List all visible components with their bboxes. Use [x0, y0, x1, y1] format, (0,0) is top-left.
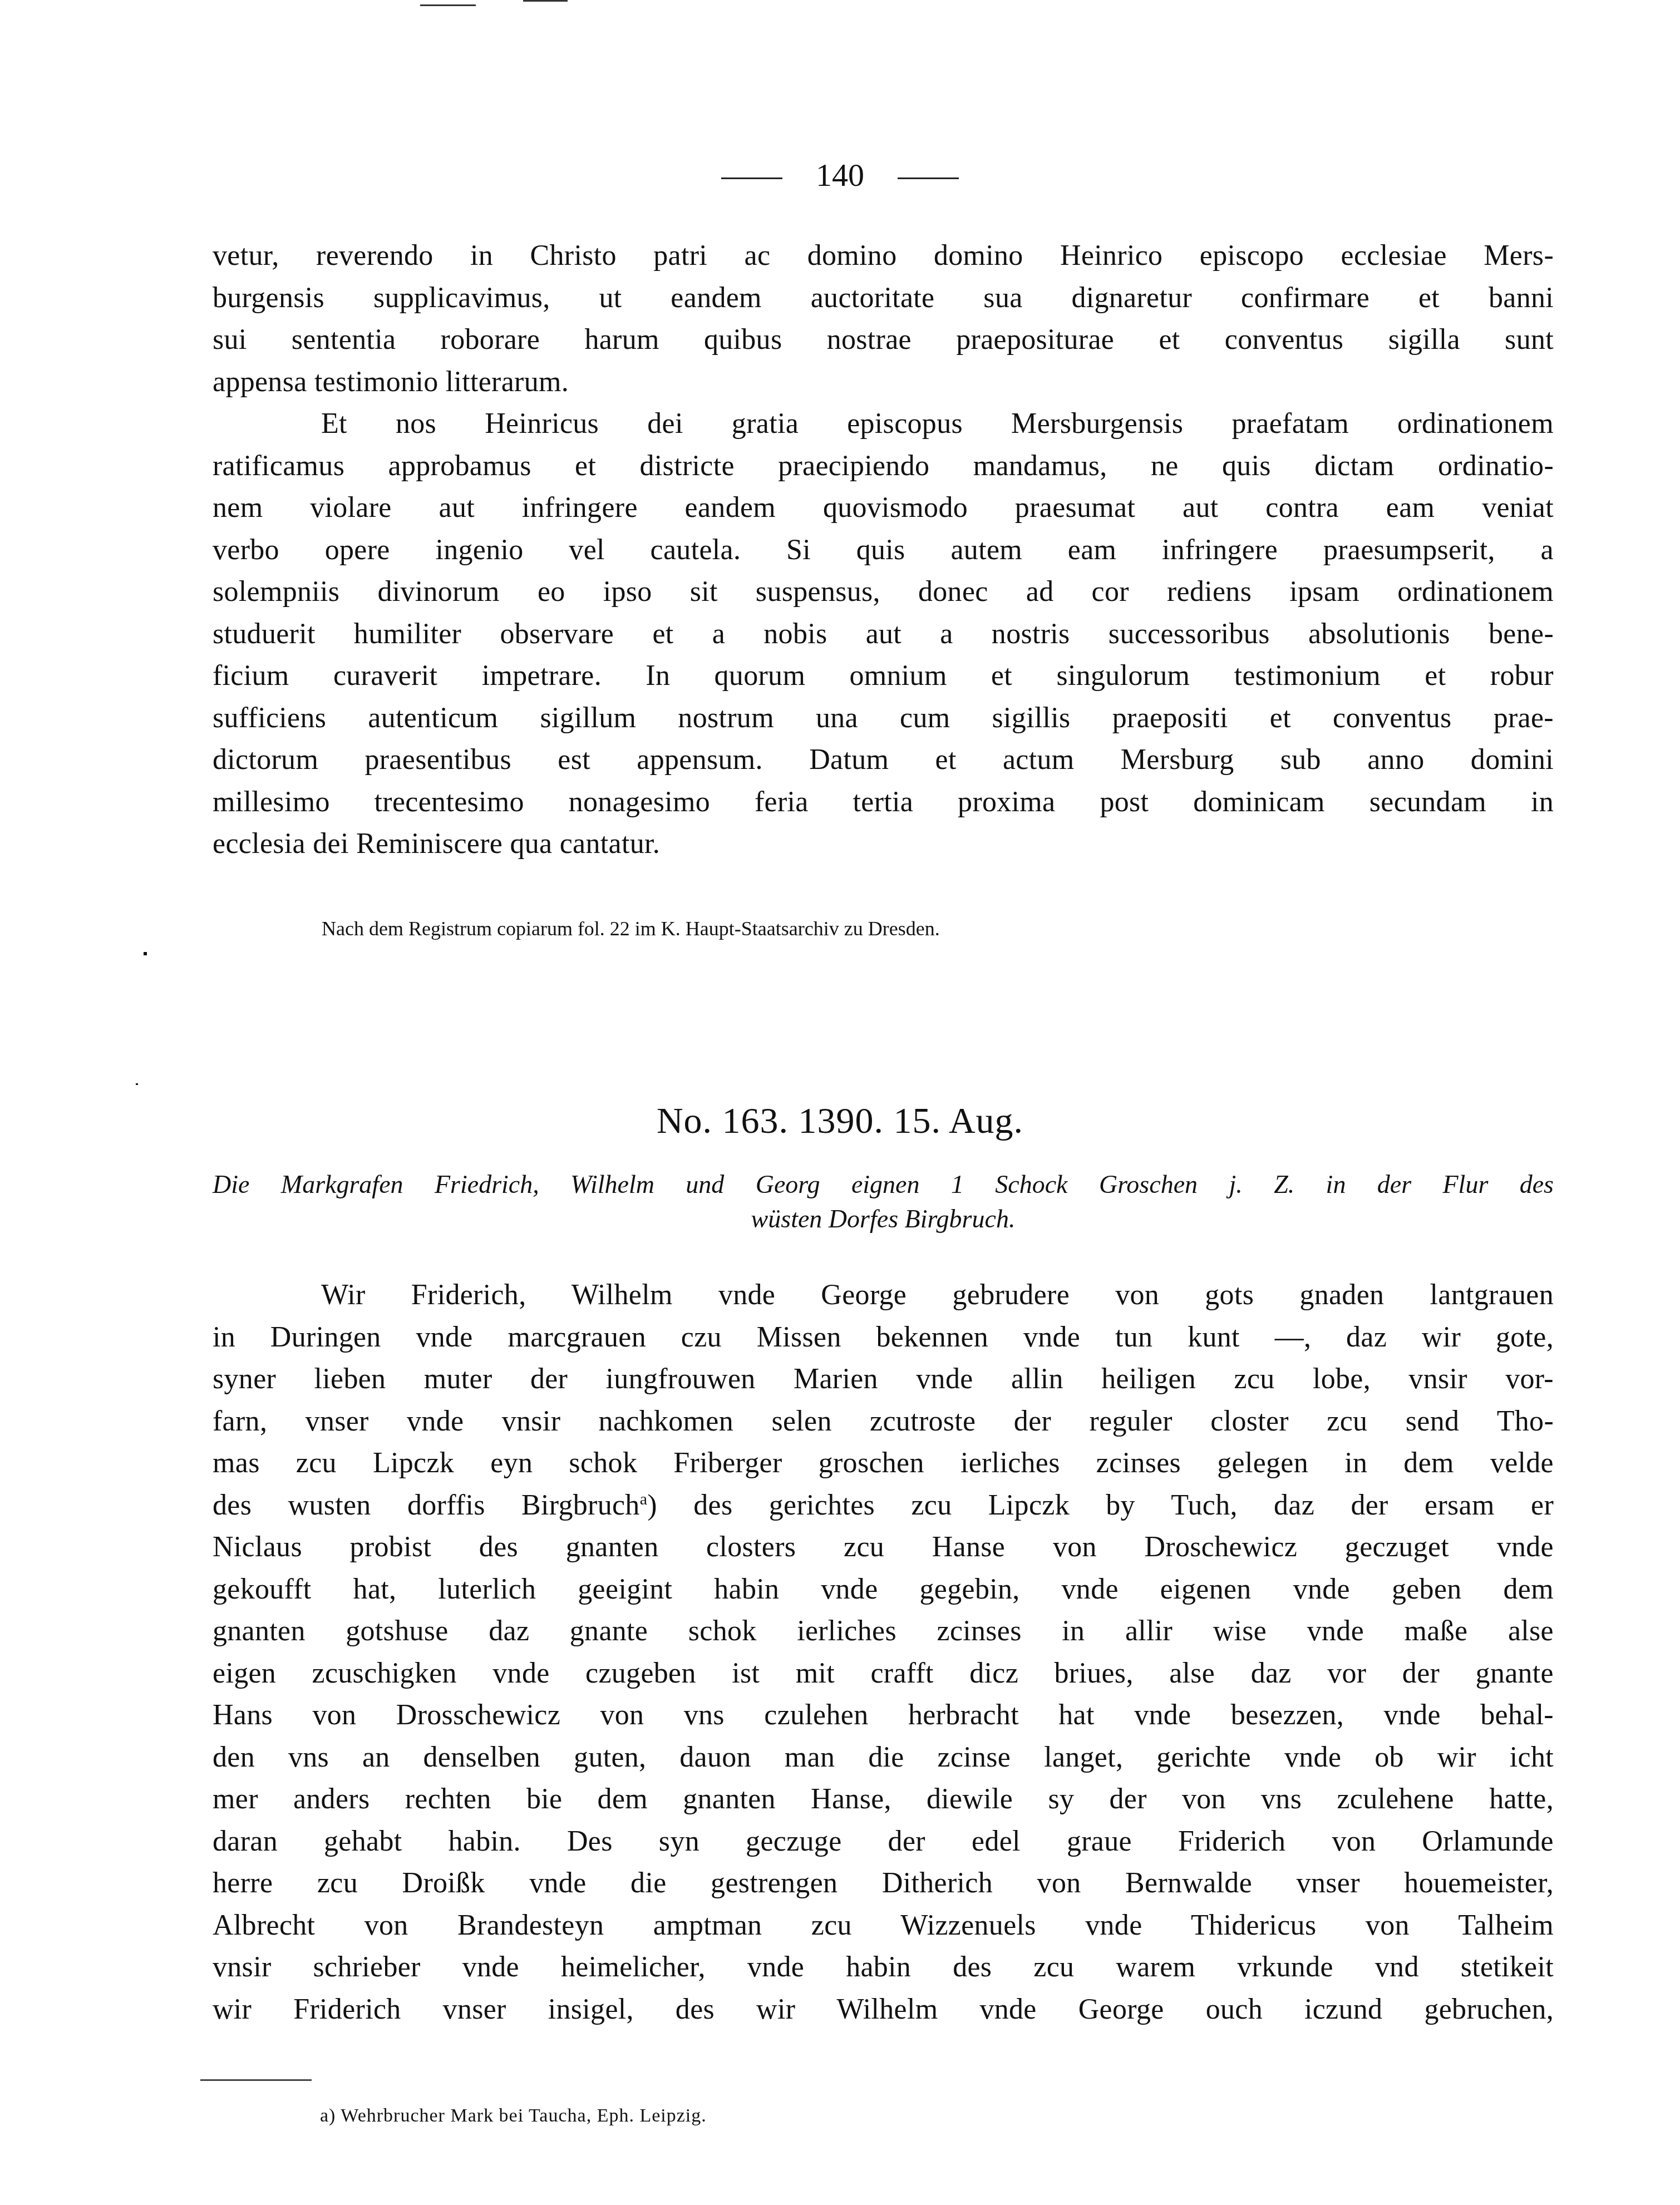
source-note: Nach dem Registrum copiarum fol. 22 im K…: [322, 916, 940, 941]
text-line: mas zcu Lipczk eyn schok Friberger grosc…: [213, 1442, 1554, 1484]
text-line: den vns an denselben guten, dauon man di…: [213, 1737, 1554, 1779]
footnote-a: a) Wehrbrucher Mark bei Taucha, Eph. Lei…: [320, 2105, 707, 2127]
text-line: daran gehabt habin. Des syn geczuge der …: [213, 1821, 1554, 1863]
text-line: Niclaus probist des gnanten closters zcu…: [213, 1526, 1554, 1568]
text-line: studuerit humiliter observare et a nobis…: [213, 613, 1554, 655]
text-line: millesimo trecentesimo nonagesimo feria …: [213, 781, 1554, 823]
text-line: ficium curaverit impetrare. In quorum om…: [213, 655, 1554, 697]
text-line-with-footnote: des wusten dorffis Birgbrucha) des geric…: [213, 1484, 1554, 1527]
continuation-paragraph: vetur, reverendo in Christo patri ac dom…: [213, 235, 1554, 403]
page-header: 140: [0, 156, 1680, 195]
footnote-divider: [200, 2079, 312, 2081]
text-line: Hans von Drosschewicz von vns czulehen h…: [213, 1694, 1554, 1737]
text-line: sufficiens autenticum sigillum nostrum u…: [213, 697, 1554, 739]
document-body: Wir Friderich, Wilhelm vnde George gebru…: [213, 1274, 1554, 2030]
text-line: herre zcu Droißk vnde die gestrengen Dit…: [213, 1862, 1554, 1905]
text-line: gekoufft hat, luterlich geeigint habin v…: [213, 1568, 1554, 1611]
page-number: 140: [816, 157, 864, 193]
text-line: farn, vnser vnde vnsir nachkomen selen z…: [213, 1400, 1554, 1443]
scan-artifact-top-left: [420, 4, 476, 6]
text-line: sui sententia roborare harum quibus nost…: [213, 319, 1554, 361]
text-line: ecclesia dei Reminiscere qua cantatur.: [213, 823, 1554, 865]
text-line: solempniis divinorum eo ipso sit suspens…: [213, 571, 1554, 613]
document-heading: No. 163. 1390. 15. Aug.: [0, 1099, 1680, 1143]
text-line: nem violare aut infringere eandem quovis…: [213, 487, 1554, 529]
summary-line: wüsten Dorfes Birgbruch.: [213, 1202, 1554, 1236]
text-line: mer anders rechten bie dem gnanten Hanse…: [213, 1778, 1554, 1821]
text-line: vetur, reverendo in Christo patri ac dom…: [213, 235, 1554, 277]
text-line: vnsir schrieber vnde heimelicher, vnde h…: [213, 1946, 1554, 1989]
text-line: burgensis supplicavimus, ut eandem aucto…: [213, 277, 1554, 319]
text-line: verbo opere ingenio vel cautela. Si quis…: [213, 529, 1554, 571]
text-line: Wir Friderich, Wilhelm vnde George gebru…: [213, 1274, 1554, 1316]
text-line: dictorum praesentibus est appensum. Datu…: [213, 739, 1554, 781]
text-line: wir Friderich vnser insigel, des wir Wil…: [213, 1989, 1554, 2031]
text-line: gnanten gotshuse daz gnante schok ierlic…: [213, 1610, 1554, 1652]
footnote-marker[interactable]: a: [640, 1489, 648, 1508]
text-line: in Duringen vnde marcgrauen czu Missen b…: [213, 1316, 1554, 1359]
text-line: Et nos Heinricus dei gratia episcopus Me…: [213, 403, 1554, 445]
text-line: Albrecht von Brandesteyn amptman zcu Wiz…: [213, 1905, 1554, 1947]
text-line: appensa testimonio litterarum.: [213, 361, 1554, 403]
text-line: eigen zcuschigken vnde czugeben ist mit …: [213, 1652, 1554, 1695]
confirmation-paragraph: Et nos Heinricus dei gratia episcopus Me…: [213, 403, 1554, 865]
summary-line: Die Markgrafen Friedrich, Wilhelm und Ge…: [213, 1167, 1554, 1202]
margin-speck: [136, 1083, 138, 1085]
text-fragment: des wusten dorffis Birgbruch: [213, 1489, 640, 1521]
scan-artifact-top-right: [523, 0, 568, 2]
text-line: syner lieben muter der iungfrouwen Marie…: [213, 1358, 1554, 1400]
document-summary: Die Markgrafen Friedrich, Wilhelm und Ge…: [213, 1167, 1554, 1236]
text-fragment: ) des gerichtes zcu Lipczk by Tuch, daz …: [647, 1489, 1554, 1521]
header-rule-right: [898, 177, 959, 179]
margin-speck: [144, 952, 147, 955]
header-rule-left: [721, 177, 782, 179]
text-line: ratificamus approbamus et districte prae…: [213, 445, 1554, 487]
